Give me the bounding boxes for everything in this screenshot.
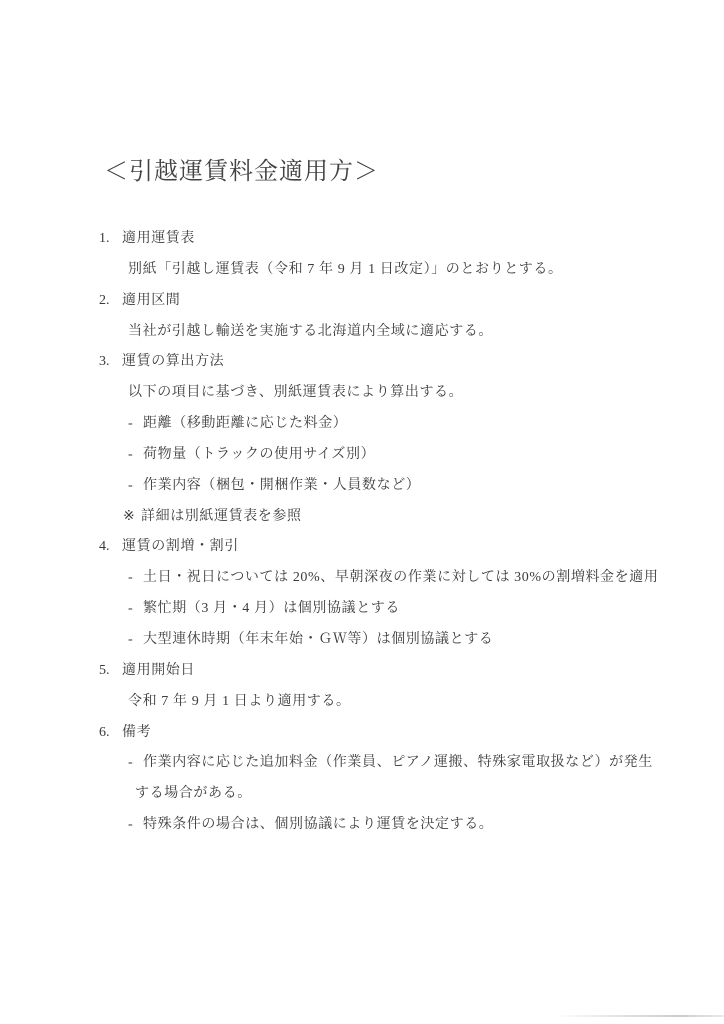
dash-marker: - [128, 445, 143, 464]
document-page: ＜引越運賃料金適用方＞ 1.適用運賃表別紙「引越し運賃表（令和 7 年 9 月 … [0, 0, 724, 1024]
doc-line-body: 別紙「引越し運賃表（令和 7 年 9 月 1 日改定）」のとおりとする。 [0, 260, 724, 291]
doc-line-dash: -作業内容に応じた追加料金（作業員、ピアノ運搬、特殊家電取扱など）が発生 [0, 753, 724, 784]
list-number: 4. [99, 537, 122, 556]
doc-line-dash: -特殊条件の場合は、個別協議により運賃を決定する。 [0, 815, 724, 846]
doc-line-heading: 6.備考 [0, 723, 724, 754]
dash-marker: - [128, 414, 143, 433]
doc-line-text: 以下の項目に基づき、別紙運賃表により算出する。 [128, 383, 463, 402]
list-number: 6. [99, 723, 122, 742]
doc-line-text: 運賃の割増・割引 [122, 537, 239, 556]
scan-artifact-line [552, 1015, 724, 1017]
document-title: ＜引越運賃料金適用方＞ [104, 151, 379, 186]
doc-line-dash: -作業内容（梱包・開梱作業・人員数など） [0, 476, 724, 507]
doc-line-heading: 1.適用運賃表 [0, 229, 724, 260]
dash-marker: - [128, 476, 143, 495]
doc-line-text: 作業内容（梱包・開梱作業・人員数など） [143, 476, 420, 495]
doc-line-text: 荷物量（トラックの使用サイズ別） [143, 445, 375, 464]
doc-line-text: 令和 7 年 9 月 1 日より適用する。 [128, 692, 351, 711]
dash-marker: - [128, 599, 143, 618]
doc-line-note: ※詳細は別紙運賃表を参照 [0, 507, 724, 538]
doc-line-heading: 2.適用区間 [0, 291, 724, 322]
doc-line-dash: -土日・祝日については 20%、早朝深夜の作業に対しては 30%の割増料金を適用 [0, 568, 724, 599]
dash-marker: - [128, 815, 143, 834]
doc-line-dash: -荷物量（トラックの使用サイズ別） [0, 445, 724, 476]
doc-line-text: 繁忙期（3 月・4 月）は個別協議とする [143, 599, 400, 618]
doc-line-dash: -大型連休時期（年末年始・ＧＷ等）は個別協議とする [0, 630, 724, 661]
doc-line-text: 詳細は別紙運賃表を参照 [141, 507, 302, 526]
doc-line-text: 別紙「引越し運賃表（令和 7 年 9 月 1 日改定）」のとおりとする。 [128, 260, 563, 279]
document-body: 1.適用運賃表別紙「引越し運賃表（令和 7 年 9 月 1 日改定）」のとおりと… [0, 229, 724, 846]
note-marker: ※ [123, 507, 141, 526]
list-number: 1. [99, 229, 122, 248]
doc-line-text: 適用開始日 [122, 661, 195, 680]
doc-line-dash: -距離（移動距離に応じた料金） [0, 414, 724, 445]
doc-line-text: 大型連休時期（年末年始・ＧＷ等）は個別協議とする [143, 630, 493, 649]
doc-line-text: 特殊条件の場合は、個別協議により運賃を決定する。 [143, 815, 493, 834]
doc-line-heading: 3.運賃の算出方法 [0, 352, 724, 383]
doc-line-text: 備考 [122, 723, 151, 742]
doc-line-body: 当社が引越し輸送を実施する北海道内全域に適応する。 [0, 322, 724, 353]
doc-line-heading: 5.適用開始日 [0, 661, 724, 692]
doc-line-text: 土日・祝日については 20%、早朝深夜の作業に対しては 30%の割増料金を適用 [143, 568, 658, 587]
doc-line-body: 以下の項目に基づき、別紙運賃表により算出する。 [0, 383, 724, 414]
list-number: 2. [99, 291, 122, 310]
doc-line-text: 距離（移動距離に応じた料金） [143, 414, 347, 433]
list-number: 3. [99, 352, 122, 371]
doc-line-text: 当社が引越し輸送を実施する北海道内全域に適応する。 [128, 322, 493, 341]
doc-line-text: 運賃の算出方法 [122, 352, 224, 371]
doc-line-text: 適用区間 [122, 291, 180, 310]
dash-marker: - [128, 630, 143, 649]
doc-line-body: 令和 7 年 9 月 1 日より適用する。 [0, 692, 724, 723]
list-number: 5. [99, 661, 122, 680]
dash-marker: - [128, 568, 143, 587]
doc-line-dash: -繁忙期（3 月・4 月）は個別協議とする [0, 599, 724, 630]
doc-line-heading: 4.運賃の割増・割引 [0, 537, 724, 568]
doc-line-continuation: する場合がある。 [0, 784, 724, 815]
doc-line-text: する場合がある。 [135, 784, 252, 803]
doc-line-text: 適用運賃表 [122, 229, 195, 248]
dash-marker: - [128, 753, 143, 772]
doc-line-text: 作業内容に応じた追加料金（作業員、ピアノ運搬、特殊家電取扱など）が発生 [143, 753, 653, 772]
